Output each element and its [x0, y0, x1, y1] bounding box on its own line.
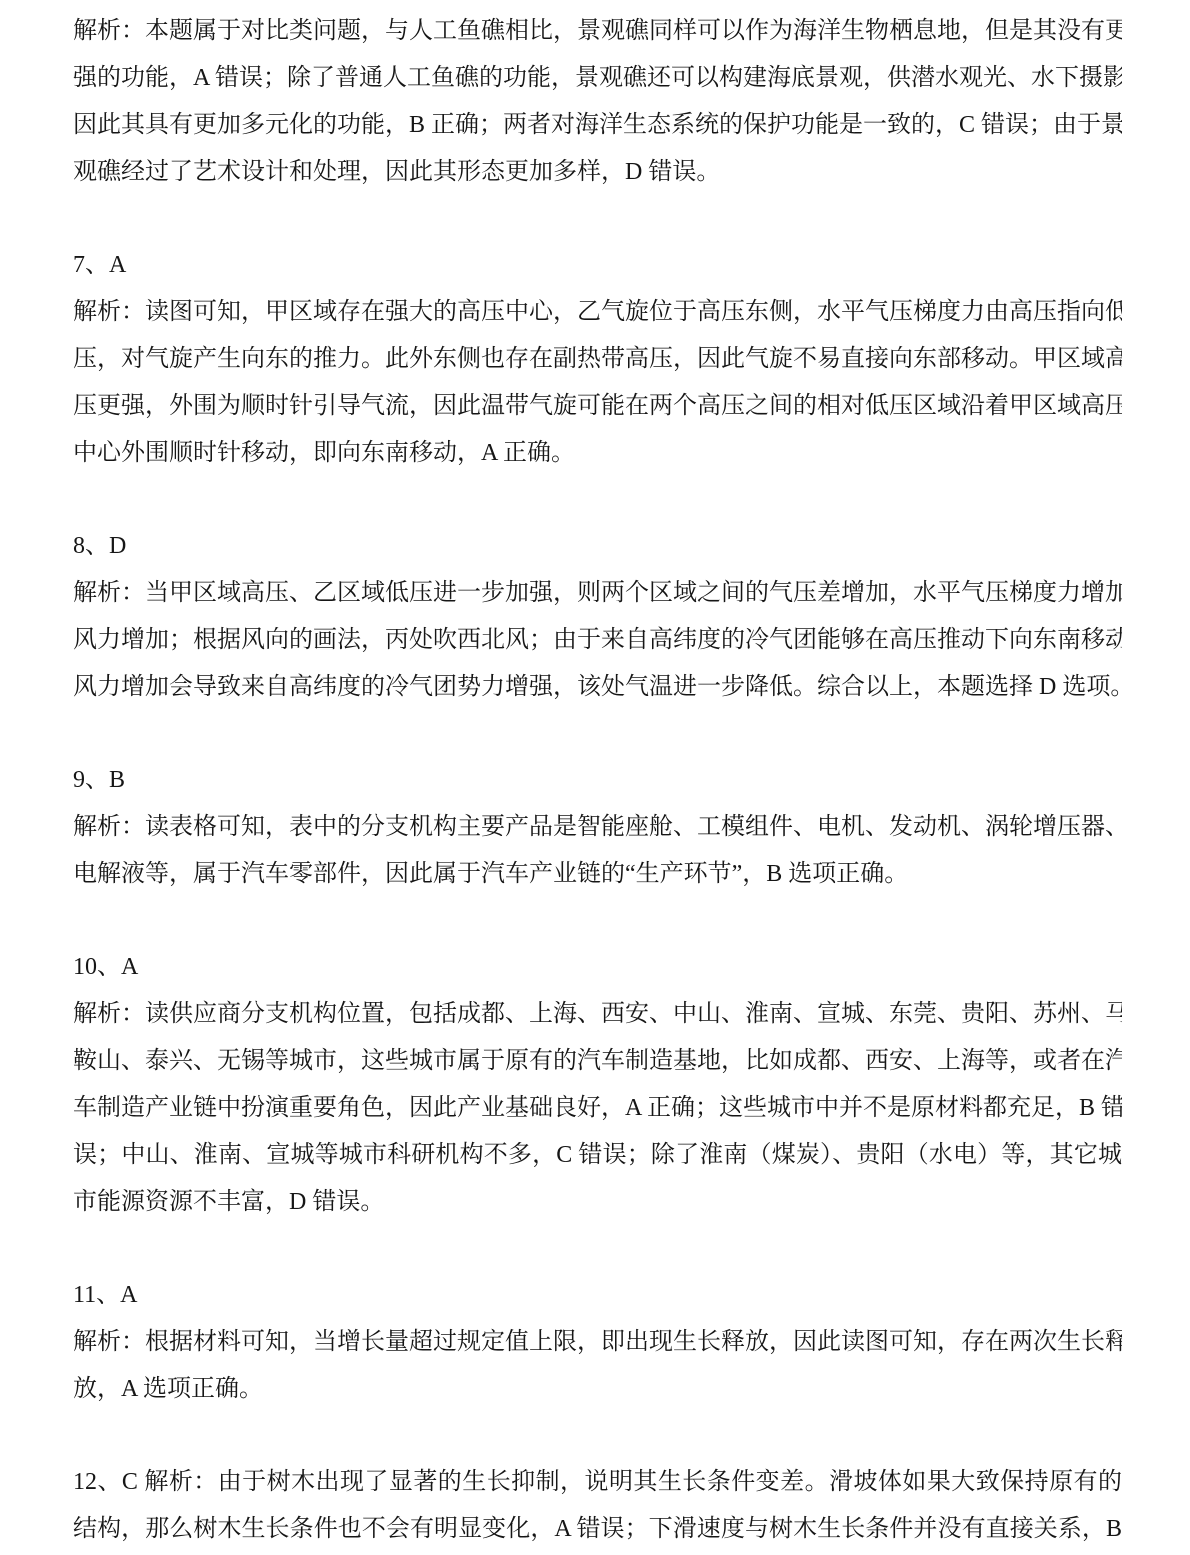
text-line: 放，A 选项正确。: [73, 1366, 1122, 1413]
text-line: 12、C 解析：由于树木出现了显著的生长抑制，说明其生长条件变差。滑坡体如果大致…: [73, 1459, 1122, 1506]
text-line: 强的功能，A 错误；除了普通人工鱼礁的功能，景观礁还可以构建海底景观，供潜水观光…: [73, 55, 1122, 102]
text-line: 解析：当甲区域高压、乙区域低压进一步加强，则两个区域之间的气压差增加，水平气压梯…: [73, 570, 1122, 617]
answer-number-10: 10、A: [73, 944, 1122, 991]
text-line: 解析：读供应商分支机构位置，包括成都、上海、西安、中山、淮南、宣城、东莞、贵阳、…: [73, 991, 1122, 1038]
text-line: 车制造产业链中扮演重要角色，因此产业基础良好，A 正确；这些城市中并不是原材料都…: [73, 1085, 1122, 1132]
answer-number-11: 11、A: [73, 1272, 1122, 1319]
text-line: 风力增加会导致来自高纬度的冷气团势力增强，该处气温进一步降低。综合以上，本题选择…: [73, 664, 1122, 711]
text-line: 解析：读表格可知，表中的分支机构主要产品是智能座舱、工模组件、电机、发动机、涡轮…: [73, 804, 1122, 851]
text-line: 观礁经过了艺术设计和处理，因此其形态更加多样，D 错误。: [73, 149, 1122, 196]
text-line: 因此其具有更加多元化的功能，B 正确；两者对海洋生态系统的保护功能是一致的，C …: [73, 102, 1122, 149]
text-line: 解析：读图可知，甲区域存在强大的高压中心，乙气旋位于高压东侧，水平气压梯度力由高…: [73, 289, 1122, 336]
text-line: 解析：本题属于对比类问题，与人工鱼礁相比，景观礁同样可以作为海洋生物栖息地，但是…: [73, 8, 1122, 55]
text-line: 结构，那么树木生长条件也不会有明显变化，A 错误；下滑速度与树木生长条件并没有直…: [73, 1506, 1122, 1553]
answer-block-12: 12、C 解析：由于树木出现了显著的生长抑制，说明其生长条件变差。滑坡体如果大致…: [73, 1459, 1122, 1553]
answer-key-document-page: 解析：本题属于对比类问题，与人工鱼礁相比，景观礁同样可以作为海洋生物栖息地，但是…: [0, 0, 1190, 1555]
answer-number-8: 8、D: [73, 523, 1122, 570]
text-line: 风力增加；根据风向的画法，丙处吹西北风；由于来自高纬度的冷气团能够在高压推动下向…: [73, 617, 1122, 664]
text-line: 市能源资源不丰富，D 错误。: [73, 1179, 1122, 1226]
answer-block-9: 9、B 解析：读表格可知，表中的分支机构主要产品是智能座舱、工模组件、电机、发动…: [73, 757, 1122, 898]
text-line: 中心外围顺时针移动，即向东南移动，A 正确。: [73, 430, 1122, 477]
answer-block-10: 10、A 解析：读供应商分支机构位置，包括成都、上海、西安、中山、淮南、宣城、东…: [73, 944, 1122, 1226]
answer-number-9: 9、B: [73, 757, 1122, 804]
text-line: 压，对气旋产生向东的推力。此外东侧也存在副热带高压，因此气旋不易直接向东部移动。…: [73, 336, 1122, 383]
answer-block-11: 11、A 解析：根据材料可知，当增长量超过规定值上限，即出现生长释放，因此读图可…: [73, 1272, 1122, 1413]
text-line: 误；中山、淮南、宣城等城市科研机构不多，C 错误；除了淮南（煤炭）、贵阳（水电）…: [73, 1132, 1122, 1179]
text-line: 鞍山、泰兴、无锡等城市，这些城市属于原有的汽车制造基地，比如成都、西安、上海等，…: [73, 1038, 1122, 1085]
answer-block-continuation: 解析：本题属于对比类问题，与人工鱼礁相比，景观礁同样可以作为海洋生物栖息地，但是…: [73, 8, 1122, 196]
answer-block-8: 8、D 解析：当甲区域高压、乙区域低压进一步加强，则两个区域之间的气压差增加，水…: [73, 523, 1122, 711]
answer-block-7: 7、A 解析：读图可知，甲区域存在强大的高压中心，乙气旋位于高压东侧，水平气压梯…: [73, 242, 1122, 477]
text-line: 电解液等，属于汽车零部件，因此属于汽车产业链的“生产环节”，B 选项正确。: [73, 851, 1122, 898]
text-line: 解析：根据材料可知，当增长量超过规定值上限，即出现生长释放，因此读图可知，存在两…: [73, 1319, 1122, 1366]
text-line: 压更强，外围为顺时针引导气流，因此温带气旋可能在两个高压之间的相对低压区域沿着甲…: [73, 383, 1122, 430]
answer-number-7: 7、A: [73, 242, 1122, 289]
